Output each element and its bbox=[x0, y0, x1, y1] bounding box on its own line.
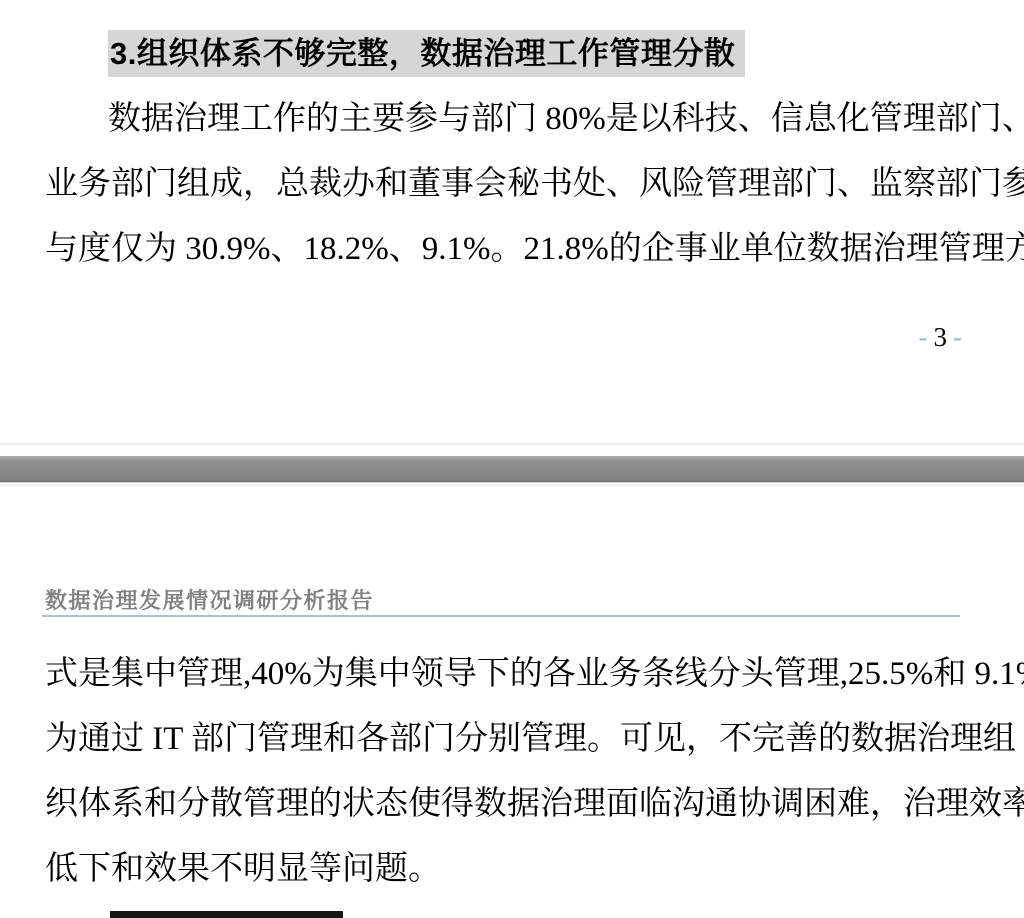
next-section-heading-cutoff bbox=[110, 911, 343, 918]
running-header-rule bbox=[42, 615, 960, 617]
page-number: -3- bbox=[915, 322, 969, 353]
paragraph-line: 为通过 IT 部门管理和各部门分别管理。可见，不完善的数据治理组 bbox=[45, 723, 1016, 756]
page-gutter-divider bbox=[0, 456, 1024, 483]
paragraph-line: 数据治理工作的主要参与部门 80%是以科技、信息化管理部门、 bbox=[108, 103, 1024, 136]
paragraph-line: 低下和效果不明显等问题。 bbox=[45, 853, 441, 886]
page-number-left-dash: - bbox=[915, 322, 934, 352]
page-number-value: 3 bbox=[934, 322, 950, 352]
section-heading: 3.组织体系不够完整，数据治理工作管理分散 bbox=[108, 30, 745, 77]
paragraph-line: 与度仅为 30.9%、18.2%、9.1%。21.8%的企事业单位数据治理管理方 bbox=[45, 233, 1024, 266]
page-3: 3.组织体系不够完整，数据治理工作管理分散 数据治理工作的主要参与部门 80%是… bbox=[0, 0, 1024, 444]
page-bottom-edge bbox=[0, 443, 1024, 445]
document-viewport: 3.组织体系不够完整，数据治理工作管理分散 数据治理工作的主要参与部门 80%是… bbox=[0, 0, 1024, 918]
running-header-title: 数据治理发展情况调研分析报告 bbox=[45, 584, 374, 615]
paragraph-line: 式是集中管理,40%为集中领导下的各业务条线分头管理,25.5%和 9.1% bbox=[45, 658, 1024, 691]
paragraph-line: 织体系和分散管理的状态使得数据治理面临沟通协调困难，治理效率 bbox=[45, 788, 1024, 821]
paragraph-line: 业务部门组成，总裁办和董事会秘书处、风险管理部门、监察部门参 bbox=[45, 168, 1024, 201]
page-number-right-dash: - bbox=[949, 322, 968, 352]
